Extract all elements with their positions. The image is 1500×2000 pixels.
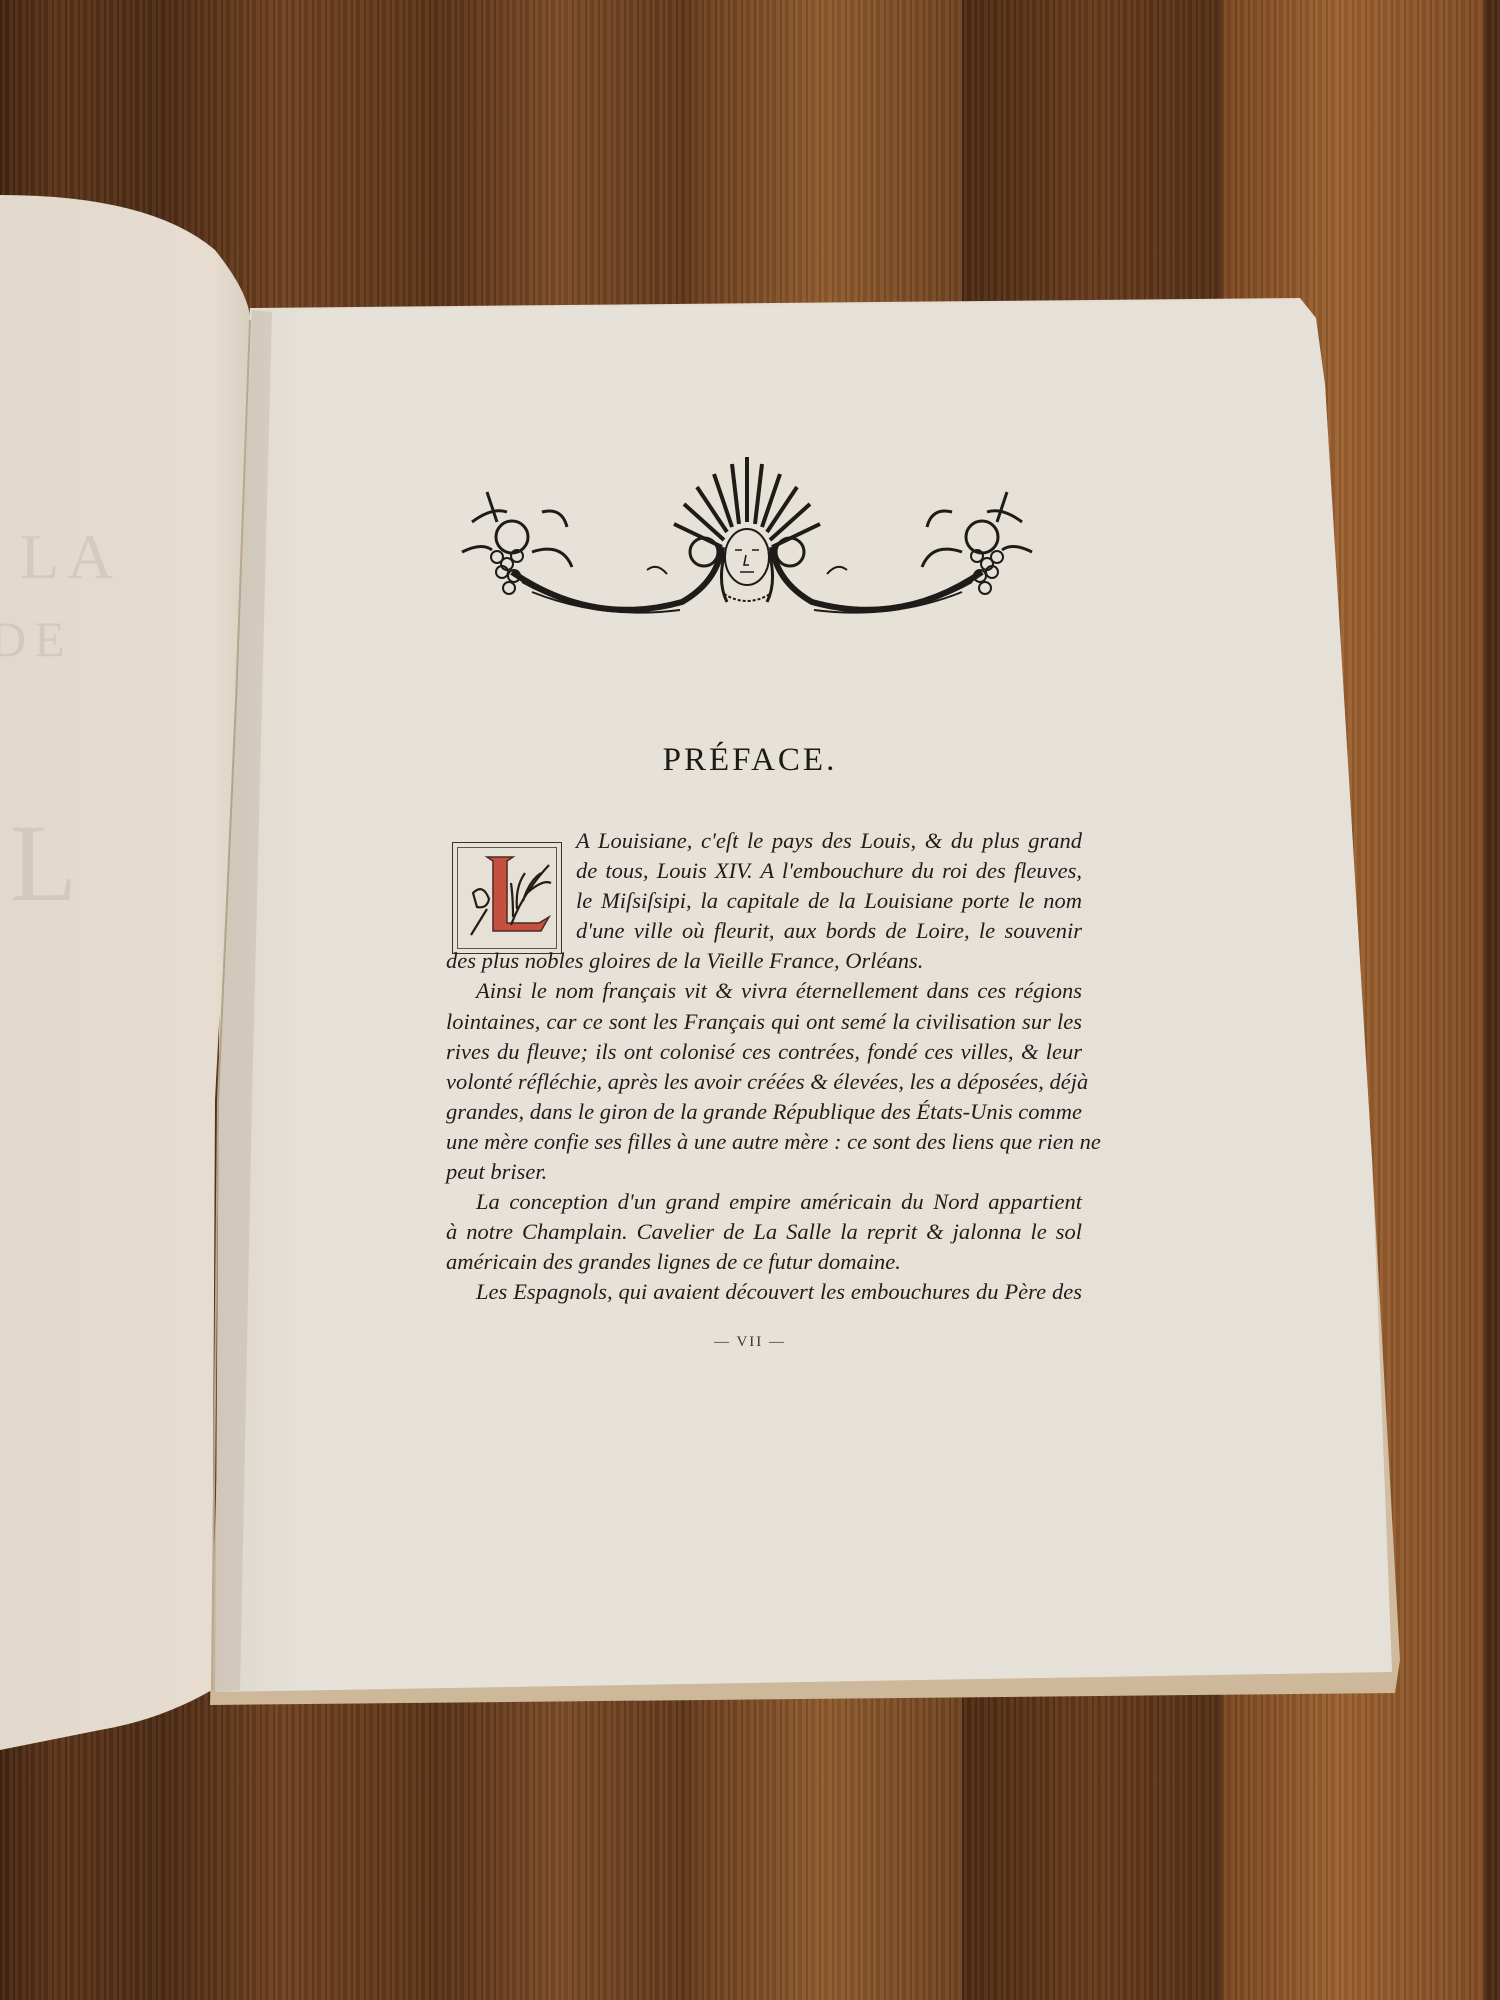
text-line: lointaines, car ce sont les Français qui… — [446, 1007, 1082, 1037]
text-line: Les Espagnols, qui avaient découvert les… — [446, 1277, 1082, 1307]
text-line: américain des grandes lignes de ce futur… — [446, 1247, 1082, 1277]
text-line: La conception d'un grand empire américai… — [446, 1187, 1082, 1217]
text-line: volonté réfléchie, après les avoir créée… — [446, 1067, 1082, 1097]
text-line: de tous, Louis XIV. A l'embouchure du ro… — [446, 856, 1082, 886]
left-page-bleed-through: L — [10, 800, 85, 927]
page-number: — VII — — [0, 1334, 1500, 1351]
text-line: grandes, dans le giron de la grande Répu… — [446, 1097, 1082, 1127]
preface-body: A Louisiane, c'eſt le pays des Louis, & … — [446, 826, 1082, 1308]
page-title: PRÉFACE. — [0, 742, 1500, 779]
text-line: d'une ville où fleurit, aux bords de Loi… — [446, 916, 1082, 946]
text-line: à notre Champlain. Cavelier de La Salle … — [446, 1217, 1082, 1247]
text-line: rives du fleuve; ils ont colonisé ces co… — [446, 1037, 1082, 1067]
text-line: une mère confie ses filles à une autre m… — [446, 1127, 1082, 1157]
text-line: le Miſsiſsipi, la capitale de la Louisia… — [446, 886, 1082, 916]
text-line: des plus nobles gloires de la Vieille Fr… — [446, 946, 1082, 976]
text-line: peut briser. — [446, 1157, 1082, 1187]
text-line: Ainsi le nom français vit & vivra éterne… — [446, 976, 1082, 1006]
text-line: A Louisiane, c'eſt le pays des Louis, & … — [446, 826, 1082, 856]
left-page-bleed-through: LA — [20, 520, 121, 594]
left-page-bleed-through: DE — [0, 610, 73, 668]
ornamental-headpiece — [452, 452, 1042, 647]
